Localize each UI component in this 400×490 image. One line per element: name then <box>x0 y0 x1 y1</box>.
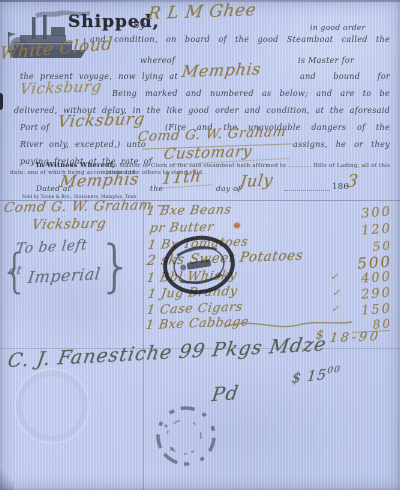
footer-amount-cents: 00 <box>327 365 341 377</box>
day-of-label: day of <box>216 184 241 193</box>
printed-good-order: in good order <box>310 23 365 32</box>
footer-amount-value: $ 15 <box>291 367 328 387</box>
shipper-name-handwritten: R L M Ghee <box>147 0 258 24</box>
check-mark: ✓ <box>332 288 340 299</box>
dated-place-handwritten: Memphis <box>59 169 141 191</box>
footer-paid-mark: Pd <box>210 382 240 406</box>
footer-amount: $ 1500 <box>291 365 341 387</box>
printed-port-of: Port of <box>20 123 49 132</box>
pencil-note-at: at <box>8 263 23 277</box>
faded-postmark-stamp <box>136 404 226 476</box>
printed-condition-line: and condition, on board of the good Stea… <box>90 35 390 44</box>
item-amount: 300 <box>348 204 393 222</box>
year-digit-handwritten: 3 <box>346 171 360 192</box>
total-amount: 18-90 <box>329 328 382 345</box>
footer-agent-line: C. J. Fanestiche 99 Pkgs Mdze <box>6 333 328 372</box>
scan-edge-mark <box>0 93 3 110</box>
item-amount: 290 <box>348 285 393 303</box>
ink-fleck <box>234 223 240 228</box>
bill-of-lading-document: Shipped, By R L M Ghee in good order and… <box>0 0 400 490</box>
printed-river-line: River only, excepted,) unto <box>20 140 146 149</box>
printed-marked-line: Being marked and numbered as below; and … <box>112 89 390 98</box>
item-amount: 120 <box>348 221 393 239</box>
check-mark: ✓ <box>330 272 338 283</box>
bound-for-handwritten: Vicksburg <box>19 77 103 98</box>
consignee-handwritten: Comd G. W. Graham <box>137 124 287 145</box>
scan-corner-shadow <box>0 470 14 490</box>
dated-month-handwritten: July <box>239 170 275 191</box>
item-amount: 400 <box>348 269 393 287</box>
printed-assigns-line: assigns, he or they <box>293 140 390 149</box>
by-label: By <box>133 22 145 31</box>
printed-is-master-for: is Master for <box>298 56 354 65</box>
scan-top-edge <box>0 0 400 2</box>
pencil-note-to-be-left: To be left <box>15 237 88 257</box>
printed-bound-for: and bound for <box>300 72 390 81</box>
lying-at-handwritten: Memphis <box>181 59 263 81</box>
item-desc: 1 Bxe Beans <box>146 202 233 219</box>
witness-label: In Witness Whereof, <box>36 162 115 169</box>
pencil-brace-right: } <box>98 234 134 299</box>
pencil-note-imperial: Imperial <box>27 264 102 287</box>
printed-whereof: whereof <box>140 56 175 65</box>
ledger-destination: Vicksburg <box>31 216 108 233</box>
oval-revenue-stamp <box>157 228 242 301</box>
dated-dotted-rule <box>284 184 330 191</box>
port-handwritten: Vicksburg <box>57 109 147 131</box>
embossed-seal <box>14 368 90 444</box>
